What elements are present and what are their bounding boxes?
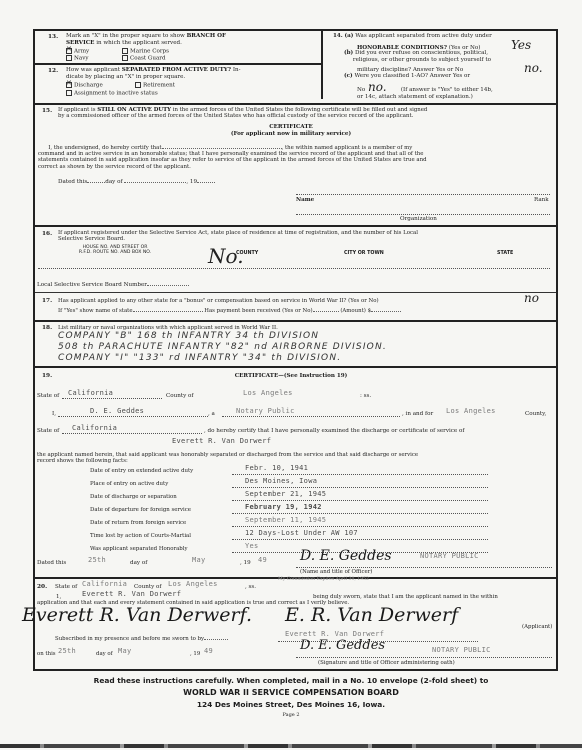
q16-col-state: STATE [497,251,513,256]
checkbox-checked-icon[interactable] [66,82,72,88]
notary-signature[interactable]: D. E. Geddes [300,638,385,653]
q15-name-label: Name [296,197,314,204]
divider [35,292,556,293]
q16-number: 16. [42,231,52,238]
q19-i-value[interactable]: D. E. Geddes [90,407,144,415]
q19-dated-year[interactable]: 49 [258,556,267,564]
divider [35,63,322,65]
fill-line [232,474,488,475]
q19-in-and-for-value[interactable]: Los Angeles [446,407,496,415]
q18-entry[interactable]: 508 th PARACHUTE INFANTRY "82" nd AIRBOR… [58,342,387,352]
fill-line [62,398,162,399]
q15-body: I, the undersigned, do hereby certify th… [38,145,427,170]
q13-prompt: Mark an "X" in the proper square to show… [66,33,226,46]
residence-line[interactable] [38,268,550,269]
q18-entry[interactable]: COMPANY "I" "133" rd INFANTRY "34" th DI… [58,353,341,363]
document-page: 13. Mark an "X" in the proper square to … [0,0,582,750]
q17-line2: If "Yes" show name of state Has payment … [58,308,401,314]
q18-number: 18. [42,325,52,332]
q20-day-value[interactable]: 25th [58,647,76,655]
q19-certify-text: , do hereby certify that I have personal… [204,428,464,435]
fact-label: Place of entry on active duty [90,481,230,487]
q14-a-answer[interactable]: Yes [511,38,531,52]
page-number: Page 2 [0,712,582,718]
q16-handwritten-no[interactable]: No. [208,244,244,268]
q19-county-label: County of [166,393,193,400]
q19-in-and-for: , in and for [402,411,433,418]
q20-subscribed-label: Subscribed in my presence and before me … [55,636,228,642]
divider [35,103,556,105]
q19-applicant-value[interactable]: Everett R. Van Dorwerf [172,437,271,445]
fill-line [296,657,552,658]
fill-line [232,487,488,488]
q20-notary-title: NOTARY PUBLIC [432,646,491,654]
q13-option-coast-guard[interactable]: Coast Guard [122,55,166,62]
divider [35,366,556,368]
fact-value[interactable]: Febr. 10, 1941 [245,464,308,472]
fill-line [232,500,488,501]
q12-number: 12. [48,68,58,75]
q19-i-label: I, [52,411,56,418]
fill-line [58,416,208,417]
q15-org-label: Organization [400,216,437,223]
fact-value[interactable]: September 11, 1945 [245,516,326,524]
name-rank-line[interactable] [296,194,550,195]
checkbox-icon[interactable] [122,48,128,54]
q17-text: Has applicant applied to any other state… [58,298,379,304]
q19-officer-caption: (Name and title of Officer) [300,569,372,575]
q16-col-city: CITY OR TOWN [344,251,384,256]
q14-b-answer[interactable]: no. [524,61,543,75]
q15-cert-title: CERTIFICATE [0,124,582,131]
q20-day-of: day of [96,651,113,657]
q20-officer-caption: (Signature and title of Officer administ… [318,660,455,666]
q12-prompt: How was applicant SEPARATED FROM ACTIVE … [66,67,241,80]
q19-dated-month[interactable]: May [192,556,206,564]
footer-address: 124 Des Moines Street, Des Moines 16, Io… [0,700,582,709]
fact-label: Was applicant separated Honorably [90,546,230,552]
footer-board: WORLD WAR II SERVICE COMPENSATION BOARD [0,688,582,697]
q19-dated-19: , 19 [240,560,251,567]
fact-label: Date of return from foreign service [90,520,230,526]
q19-title: CERTIFICATE—(See Instruction 19) [0,373,582,380]
q12-option-inactive[interactable]: Assignment to inactive status [66,90,158,97]
footer-instructions: Read these instructions carefully. When … [0,676,582,685]
q20-state-label: State of [55,584,77,591]
q20-county-value[interactable]: Los Angeles [168,580,218,588]
applicant-signature-right[interactable]: E. R. Van Derwerf [285,604,458,626]
q20-nineteen: , 19 [190,651,200,657]
q19-state-label: State of [37,393,59,400]
fact-label: Time lost by action of Courts-Martial [90,533,230,539]
q13-number: 13. [48,34,58,41]
q19-title-value[interactable]: Notary Public [236,407,295,415]
checkbox-icon[interactable] [135,82,141,88]
q15-dated: Dated thisday of , 19 [58,179,215,186]
q16-board-label: Local Selective Service Board Number [37,282,189,289]
q19-county-word: County, [525,411,546,418]
fact-label: Date of departure for foreign service [90,507,230,513]
q19-dated-of: day of [130,560,147,567]
fill-line [232,539,488,540]
scan-edge [0,744,582,748]
fill-line [232,526,488,527]
q15-intro: If applicant is STILL ON ACTIVE DUTY in … [58,107,427,119]
q17-number: 17. [42,298,52,305]
fact-value[interactable]: Yes [245,542,259,550]
fact-value[interactable]: February 19, 1942 [245,503,322,511]
fact-value[interactable]: 12 Days-Lost Under AW 107 [245,529,358,537]
q19-state2-label: State of [37,428,59,435]
checkbox-icon[interactable] [66,55,72,61]
q19-body: the applicant named herein, that said ap… [37,452,418,464]
fact-value[interactable]: Des Moines, Iowa [245,477,317,485]
q15-number: 15. [42,108,52,115]
q19-state2-value[interactable]: California [72,424,117,432]
fill-line [232,513,488,514]
q17-answer[interactable]: no [524,291,539,305]
fill-line [296,567,552,568]
q20-commission-note: My Commission Expires April 30, 1952 [278,577,369,583]
officer-signature[interactable]: D. E. Geddes [300,548,392,564]
divider [35,225,556,227]
q12-option-retirement[interactable]: Retirement [135,82,175,89]
q15-rank-label: Rank [534,197,549,204]
q16-text: If applicant registered under the Select… [58,230,418,242]
q20-year-value[interactable]: 49 [204,647,213,655]
q19-county-value[interactable]: Los Angeles [243,389,293,397]
q20-state-value[interactable]: California [82,580,127,588]
q20-i-value[interactable]: Everett R. Van Dorwerf [82,590,181,598]
q14-c-answer[interactable]: no. [368,80,387,94]
q20-subscribed-value[interactable]: Everett R. Van Dorwerf [285,630,384,638]
fact-label: Date of entry on extended active duty [90,468,230,474]
fill-line [222,416,400,417]
q19-officer-title: NOTARY PUBLIC [420,552,479,560]
fact-value[interactable]: September 21, 1945 [245,490,326,498]
q19-state-value[interactable]: California [68,389,113,397]
fact-label: Date of discharge or separation [90,494,230,500]
q19-dated-day[interactable]: 25th [88,556,106,564]
vertical-divider [321,29,323,99]
q19-a-label: , a [208,411,215,418]
q20-number: 20. [37,584,47,591]
q20-month-value[interactable]: May [118,647,132,655]
q19-dated-label: Dated this [37,560,66,567]
q12-option-discharge[interactable]: Discharge [66,82,103,89]
checkbox-icon[interactable] [122,55,128,61]
q14-a: 14. (a) Was applicant separated from act… [333,33,492,40]
q20-ss: , ss. [245,584,256,591]
q20-on-this: on this [37,651,56,657]
q15-cert-subtitle: (For applicant now in military service) [0,131,582,138]
organization-line[interactable] [296,214,550,215]
q19-ss: : ss. [360,393,371,400]
checkbox-icon[interactable] [66,90,72,96]
divider [35,320,556,322]
applicant-signature-left[interactable]: Everett R. Van Derwerf. [22,604,252,626]
checkbox-checked-icon[interactable] [66,48,72,54]
q13-option-navy[interactable]: Navy [66,55,89,62]
q18-entry[interactable]: COMPANY "B" 168 th INFANTRY 34 th DIVISI… [58,331,319,341]
q14-b: (b) Did you ever refuse on conscientious… [344,50,491,63]
q14-c: (c) Were you classified 1-AO? Answer Yes… [344,73,470,80]
fill-line [62,433,202,434]
q20-applicant-caption: (Applicant) [522,624,552,630]
q16-col-house: HOUSE NO. AND STREET ORR.F.D. ROUTE NO. … [50,245,180,256]
